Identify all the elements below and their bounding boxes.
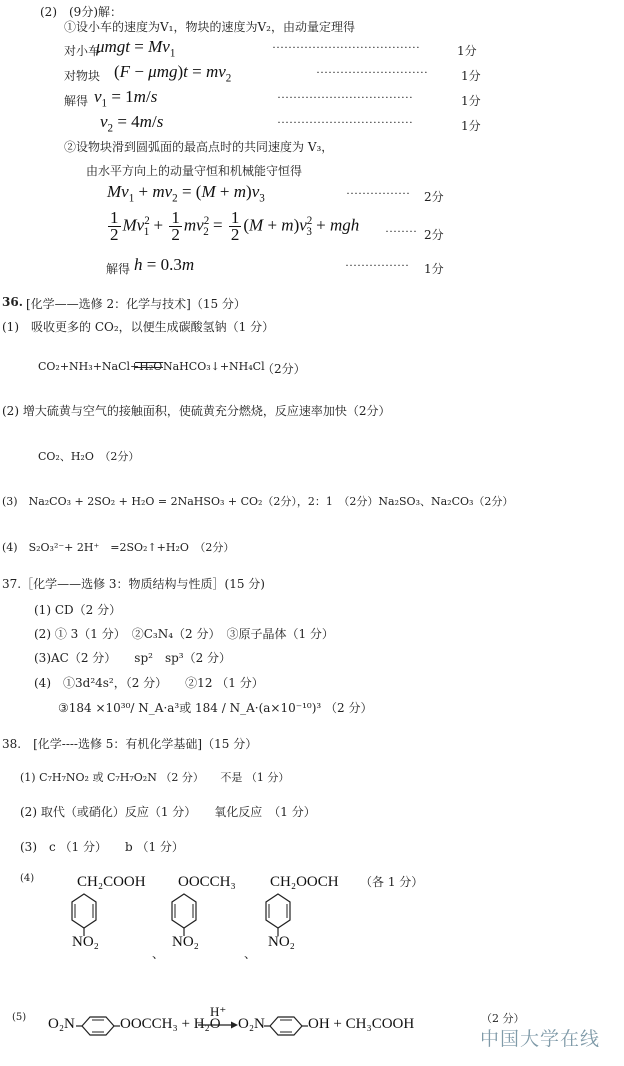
q37-p3: (3)AC（2 分） sp² sp³（2 分） xyxy=(34,649,231,666)
step1-intro: ①设小车的速度为V₁，物块的速度为V₂，由动量定理得 xyxy=(64,18,355,35)
watermark-logo: 中国大学在线 xyxy=(480,1024,600,1051)
eq-momentum: Mv1 + mv2 = (M + m)v3 xyxy=(107,182,265,202)
q37-title: 37.［化学——选修 3：物质结构与性质］(15 分) xyxy=(2,575,265,592)
q36-p2b: CO₂、H₂O （2分） xyxy=(38,448,139,464)
eq-v2: v2 = 4m/s xyxy=(100,112,163,132)
q36-number: 36. xyxy=(2,295,23,309)
structure1-bottom-group: NO₂ xyxy=(72,934,99,951)
eq-height: h = 0.3m xyxy=(134,255,194,275)
q37-p4: (4) ①3d²4s²，（2 分） ②12 （1 分） xyxy=(34,674,264,691)
reaction-arrow-icon xyxy=(198,1020,238,1030)
q37-p1: (1) CD（2 分） xyxy=(34,601,121,618)
product-nitro-group: O₂N xyxy=(238,1016,265,1033)
result-label: 解得 xyxy=(106,260,130,277)
q36-p4: (4) S₂O₃²⁻+ 2H⁺ =2SO₂↑+H₂O （2分） xyxy=(2,539,234,555)
dots-1: ····································· xyxy=(272,40,420,55)
equals-double-line xyxy=(135,362,163,368)
eq-cart: μmgt = Mv1 xyxy=(96,37,175,57)
score-2: 1分 xyxy=(461,67,481,84)
dots-3: ·································· xyxy=(277,90,413,105)
q38-p5-label: (5) xyxy=(12,1012,26,1023)
separator-2: 、 xyxy=(244,945,256,962)
dots-momentum: ················ xyxy=(346,186,410,201)
step2-law: 由水平方向上的动量守恒和机械能守恒得 xyxy=(86,162,302,179)
q36-eq-score: （2分） xyxy=(262,360,306,377)
q37-p4b: ③184 ×10³⁰/ N_A·a³或 184 / N_A·(a×10⁻¹⁰)³… xyxy=(58,699,372,716)
q38-p2: (2) 取代（或硝化）反应（1 分） 氧化反应 （1 分） xyxy=(20,803,316,820)
q38-p1: (1) C₇H₇NO₂ 或 C₇H₇O₂N （2 分） 不是 （1 分） xyxy=(20,769,289,785)
structure3-bottom-group: NO₂ xyxy=(268,934,295,951)
q36-eq-right: NaHCO₃↓+NH₄Cl xyxy=(163,360,265,373)
score-energy: 2分 xyxy=(424,226,444,243)
structure2-top-group: OOCCH₃ xyxy=(178,874,236,891)
reactant-nitro-group: O₂N xyxy=(48,1016,75,1033)
score-result: 1分 xyxy=(424,260,444,277)
structure2-bottom-group: NO₂ xyxy=(172,934,199,951)
row-label-cart: 对小车 xyxy=(64,42,100,59)
score-momentum: 2分 xyxy=(424,188,444,205)
dots-energy: ········ xyxy=(385,224,417,239)
benzene-ring-icon xyxy=(76,1014,126,1038)
q38-p3: (3) c （1 分） b （1 分） xyxy=(20,838,184,855)
q36-p2: (2) 增大硫黄与空气的接触面积，使硫黄充分燃烧，反应速率加快（2分） xyxy=(2,402,390,419)
row-label-solve: 解得 xyxy=(64,92,88,109)
product-tail: OH + CH₃COOH xyxy=(308,1016,414,1033)
eq-block: (F − μmg)t = mv2 xyxy=(114,62,231,82)
q36-p1: (1) 吸收更多的 CO₂，以便生成碳酸氢钠（1 分） xyxy=(2,318,274,335)
dots-4: ·································· xyxy=(277,115,413,130)
q36-title: [化学——选修 2：化学与技术]（15 分） xyxy=(26,295,246,312)
dots-result: ················ xyxy=(345,258,409,273)
eq-v1: v1 = 1m/s xyxy=(94,87,157,107)
score-3: 1分 xyxy=(461,92,481,109)
step2-intro: ②设物块滑到圆弧面的最高点时的共同速度为 V₃， xyxy=(64,138,333,155)
score-1: 1分 xyxy=(457,42,477,59)
score-4: 1分 xyxy=(461,117,481,134)
q38-p4-label: (4) xyxy=(20,873,34,884)
q37-p2: (2) ① 3（1 分） ②C₃N₄（2 分） ③原子晶体（1 分） xyxy=(34,625,334,642)
benzene-ring-icon xyxy=(264,1014,314,1038)
row-label-block: 对物块 xyxy=(64,67,100,84)
catalyst-label: H⁺ xyxy=(210,1004,226,1020)
q36-p3: (3) Na₂CO₃ + 2SO₂ + H₂O = 2NaHSO₃ + CO₂（… xyxy=(2,493,513,509)
dots-2: ···························· xyxy=(316,65,428,80)
eq-energy: 12Mv21 + 12mv22 = 12(M + m)v23 + mgh xyxy=(106,210,359,243)
structure1-top-group: CH₂COOH xyxy=(77,874,146,891)
structure3-top-group: CH₂OOCH xyxy=(270,874,339,891)
q38-p4-score: （各 1 分） xyxy=(360,873,423,890)
separator-1: 、 xyxy=(152,945,164,962)
q38-title: 38. [化学----选修 5：有机化学基础]（15 分） xyxy=(2,735,257,752)
